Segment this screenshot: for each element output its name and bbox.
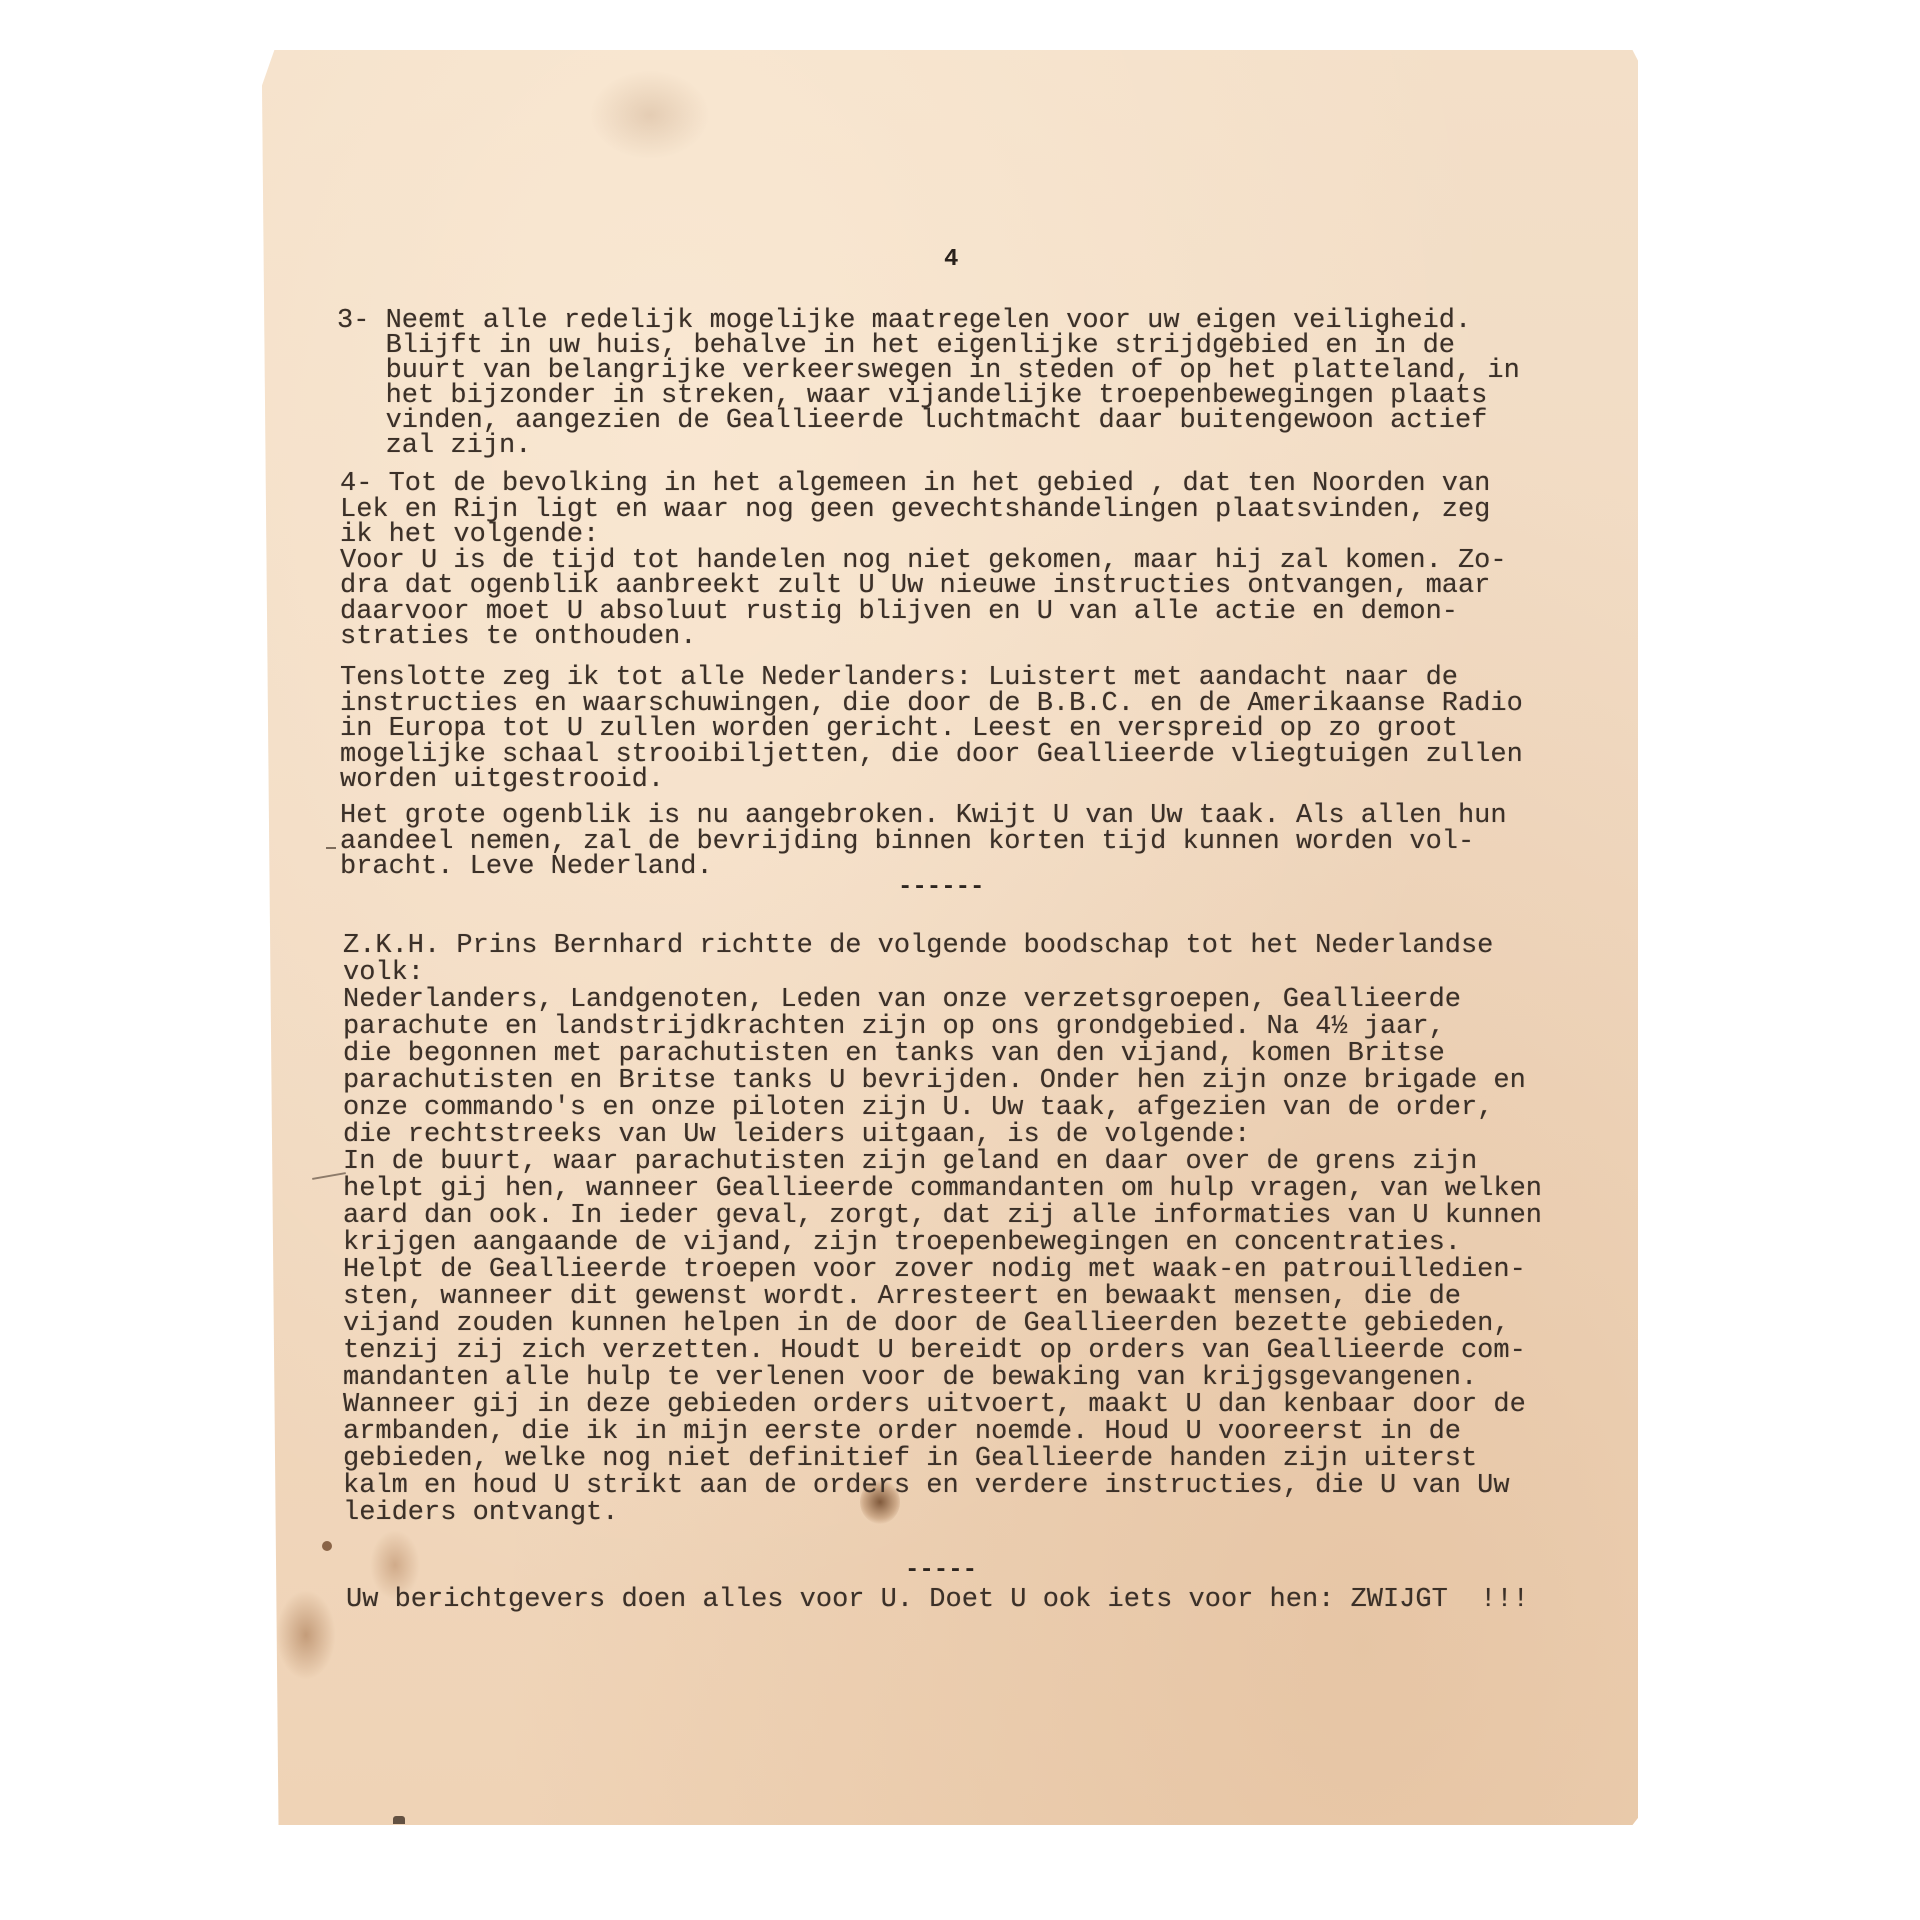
text-line: Nederlanders, Landgenoten, Leden van onz… bbox=[343, 987, 1461, 1014]
bottom-edge-mark bbox=[393, 1816, 405, 1824]
text-line: Z.K.H. Prins Bernhard richtte de volgend… bbox=[343, 933, 1493, 960]
text-line: Wanneer gij in deze gebieden orders uitv… bbox=[343, 1392, 1526, 1419]
text-line: kalm en houd U strikt aan de orders en v… bbox=[343, 1473, 1510, 1500]
text-line: helpt gij hen, wanneer Geallieerde comma… bbox=[343, 1176, 1542, 1203]
page-number: 4 bbox=[944, 246, 958, 273]
text-line: zal zijn. bbox=[337, 433, 531, 460]
text-line: Tenslotte zeg ik tot alle Nederlanders: … bbox=[340, 665, 1458, 692]
closing-line: Uw berichtgevers doen alles voor U. Doet… bbox=[346, 1587, 411, 1668]
text-line: vijand zouden kunnen helpen in de door d… bbox=[343, 1311, 1510, 1338]
text-line: Het grote ogenblik is nu aangebroken. Kw… bbox=[340, 803, 1507, 830]
text-line: die rechtstreeks van Uw leiders uitgaan,… bbox=[343, 1122, 1250, 1149]
text-line: parachutisten en Britse tanks U bevrijde… bbox=[343, 1068, 1526, 1095]
section-separator: ------ bbox=[898, 874, 984, 901]
text-line: sten, wanneer dit gewenst wordt. Arreste… bbox=[343, 1284, 1461, 1311]
text-line: in Europa tot U zullen worden gericht. L… bbox=[340, 716, 1458, 743]
text-line: worden uitgestrooid. bbox=[340, 767, 664, 794]
text-line: aard dan ook. In ieder geval, zorgt, dat… bbox=[343, 1203, 1542, 1230]
text-line: die begonnen met parachutisten en tanks … bbox=[343, 1041, 1445, 1068]
margin-dash bbox=[326, 847, 336, 849]
text-line: dra dat ogenblik aanbreekt zult U Uw nie… bbox=[340, 573, 1490, 600]
text-line: armbanden, die ik in mijn eerste order n… bbox=[343, 1419, 1461, 1446]
text-line: onze commando's en onze piloten zijn U. … bbox=[343, 1095, 1493, 1122]
text-line: krijgen aangaande de vijand, zijn troepe… bbox=[343, 1230, 1461, 1257]
text-line: leiders ontvangt. bbox=[343, 1500, 618, 1527]
section-separator: ----- bbox=[905, 1557, 977, 1584]
text-line: volk: bbox=[343, 960, 424, 987]
text-line: Uw berichtgevers doen alles voor U. Doet… bbox=[346, 1587, 1529, 1614]
text-line: ik het volgende: bbox=[340, 522, 599, 549]
section-4: 4- Tot de bevolking in het algemeen in h… bbox=[340, 471, 405, 930]
scan-background: 4 3- Neemt alle redelijk mogelijke maatr… bbox=[0, 0, 1920, 1920]
text-line: bracht. Leve Nederland. bbox=[340, 854, 713, 881]
text-line: mandanten alle hulp te verlenen voor de … bbox=[343, 1365, 1477, 1392]
text-line: parachute en landstrijdkrachten zijn op … bbox=[343, 1014, 1445, 1041]
text-line: 4- Tot de bevolking in het algemeen in h… bbox=[340, 471, 1490, 498]
text-line: Helpt de Geallieerde troepen voor zover … bbox=[343, 1257, 1526, 1284]
bernhard-message: Z.K.H. Prins Bernhard richtte de volgend… bbox=[343, 933, 408, 1581]
text-line: tenzij zij zich verzetten. Houdt U berei… bbox=[343, 1338, 1526, 1365]
text-line: straties te onthouden. bbox=[340, 624, 696, 651]
text-line: In de buurt, waar parachutisten zijn gel… bbox=[343, 1149, 1477, 1176]
text-line: gebieden, welke nog niet definitief in G… bbox=[343, 1446, 1477, 1473]
